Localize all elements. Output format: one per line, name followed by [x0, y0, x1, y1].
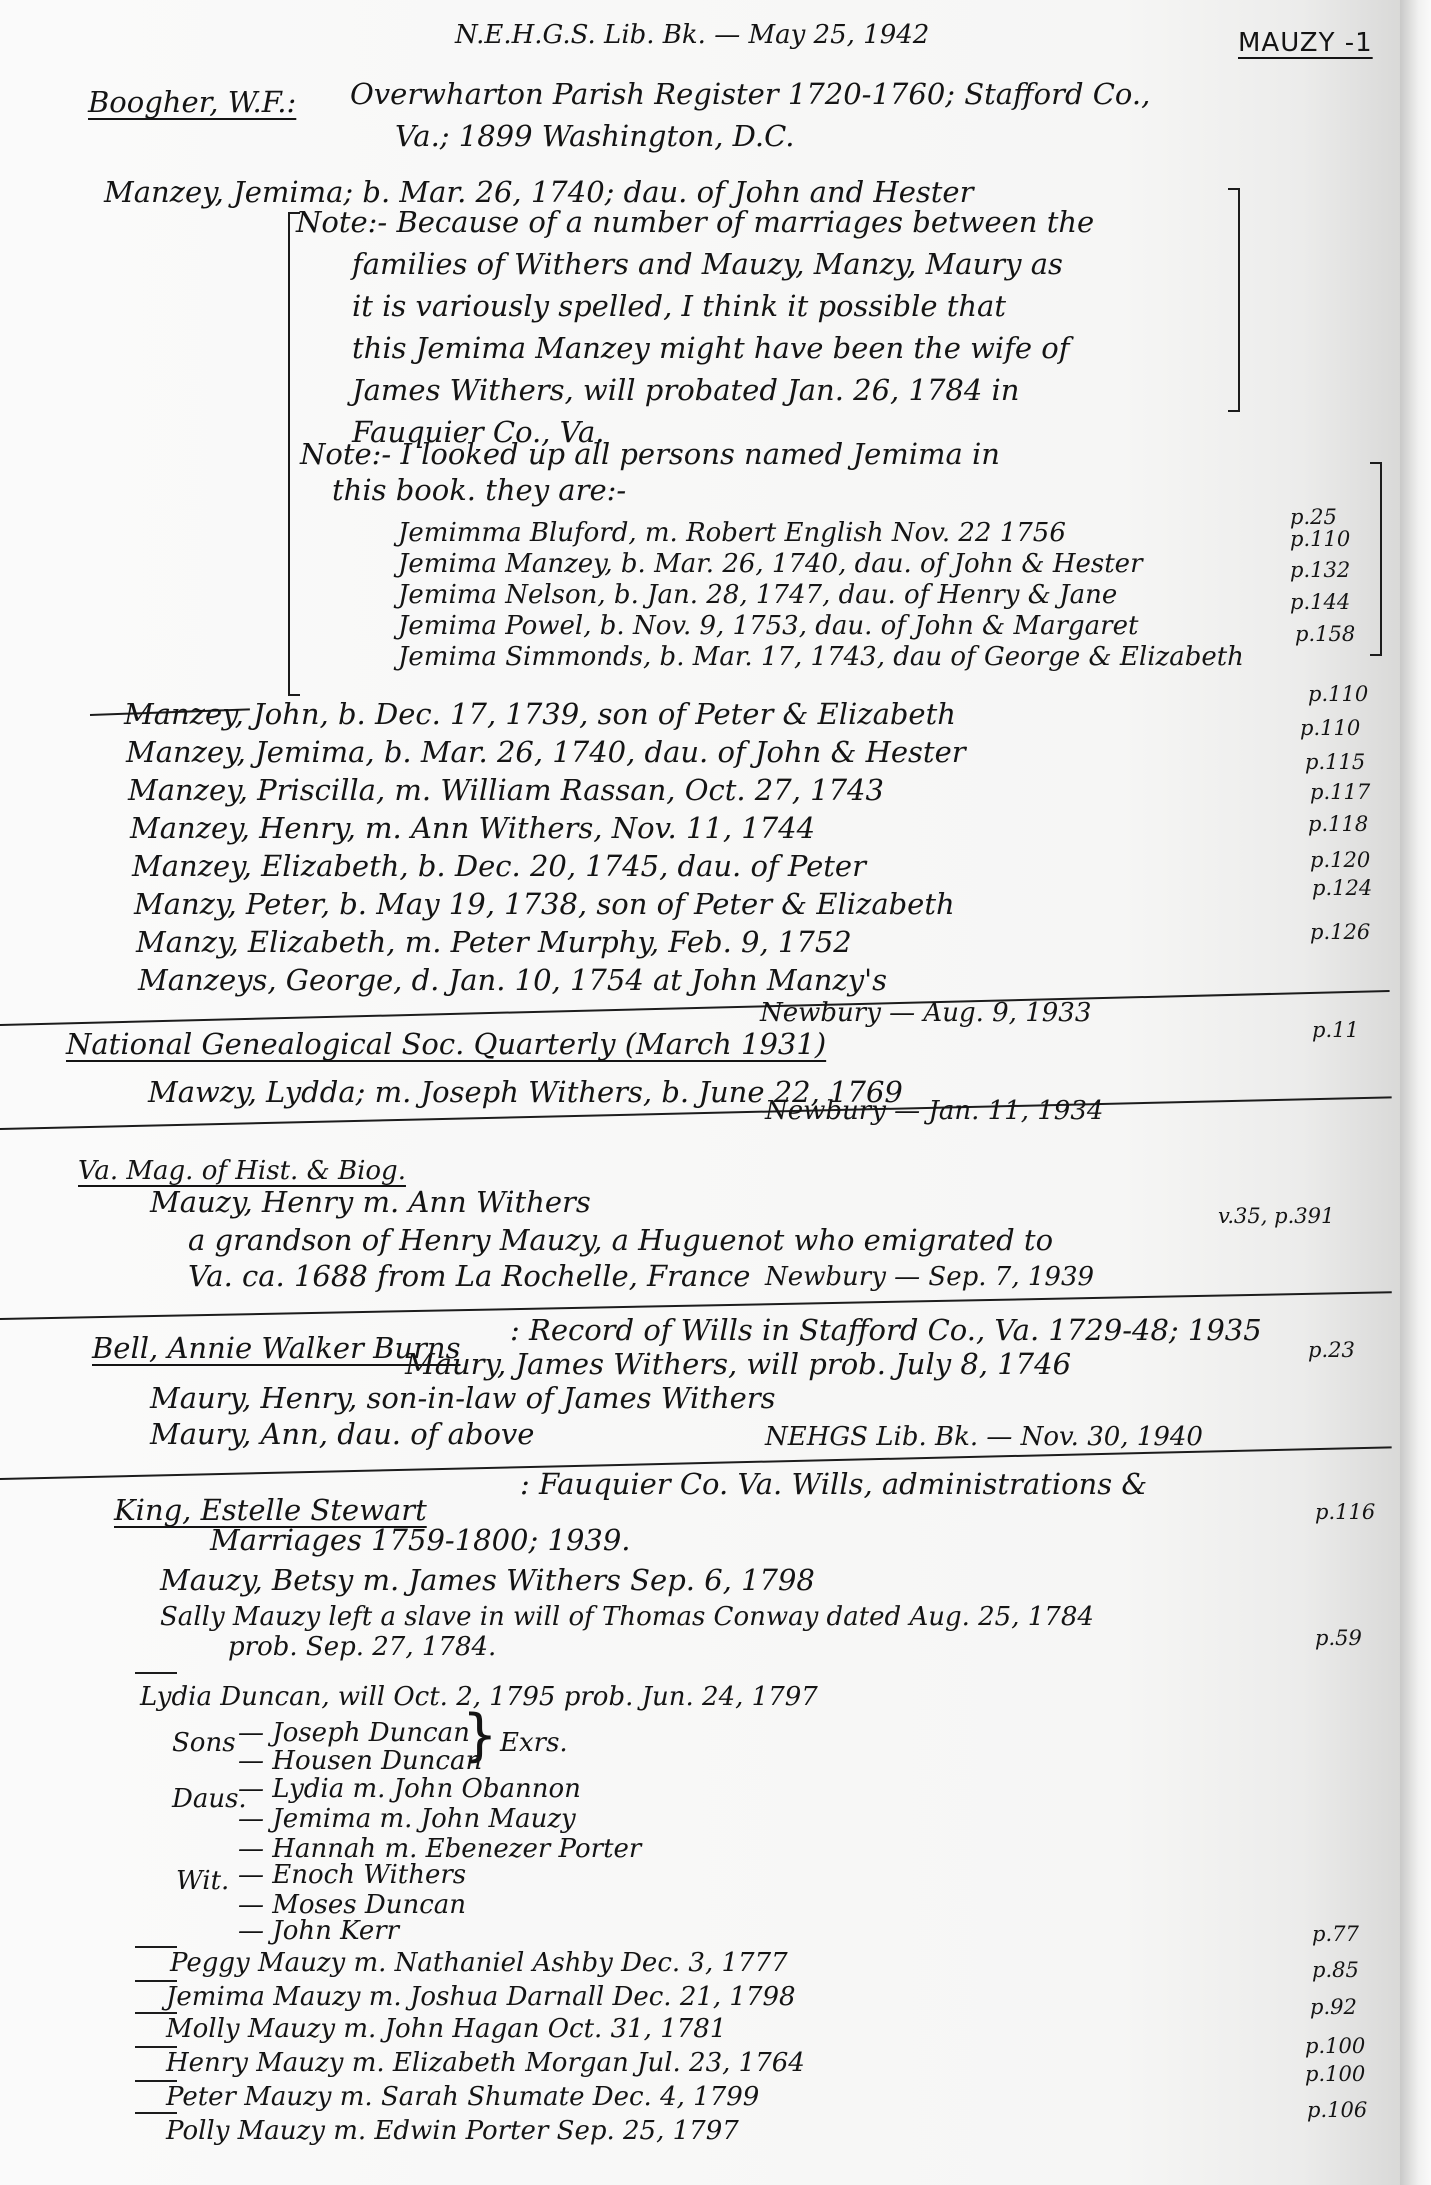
marriage-entry: Peggy Mauzy m. Nathaniel Ashby Dec. 3, 1…	[170, 1950, 788, 1976]
jemima-entry: Jemima Simmonds, b. Mar. 17, 1743, dau o…	[398, 644, 1244, 670]
page-ref: p.92	[1310, 1995, 1357, 2019]
main-entry: Manzey, Jemima; b. Mar. 26, 1740; dau. o…	[104, 178, 973, 207]
entry-marker	[135, 2112, 177, 2114]
witness-name: — Enoch Withers	[238, 1862, 466, 1888]
note1-line: families of Withers and Mauzy, Manzy, Ma…	[352, 250, 1063, 279]
note1-line: James Withers, will probated Jan. 26, 17…	[352, 376, 1019, 405]
section-stamp: Newbury — Sep. 7, 1939	[765, 1264, 1094, 1290]
note1-line: this Jemima Manzey might have been the w…	[352, 334, 1070, 363]
page-ref: p.100	[1305, 2062, 1365, 2086]
page-ref: p.118	[1308, 812, 1368, 836]
section-stamp: NEHGS Lib. Bk. — Nov. 30, 1940	[765, 1424, 1203, 1450]
page-ref: p.11	[1312, 1018, 1359, 1042]
page-ref: p.110	[1300, 716, 1360, 740]
dau-name-text: Jemima m. John Mauzy	[272, 1804, 575, 1834]
wit-label: Wit.	[176, 1868, 229, 1894]
entry: Manzey, Priscilla, m. William Rassan, Oc…	[128, 776, 884, 805]
page-ref: p.85	[1312, 1958, 1359, 1982]
section-author: Boogher, W.F.:	[88, 88, 296, 117]
dau-name: — Jemima m. John Mauzy	[238, 1806, 576, 1832]
page-ref: p.59	[1315, 1626, 1362, 1650]
note-bracket-left	[288, 212, 300, 696]
entry: a grandson of Henry Mauzy, a Huguenot wh…	[188, 1226, 1053, 1255]
page-ref: v.35, p.391	[1218, 1204, 1334, 1228]
section-title: Overwharton Parish Register 1720-1760; S…	[350, 80, 1150, 109]
entry: Sally Mauzy left a slave in will of Thom…	[160, 1604, 1094, 1630]
note2-line: this book. they are:-	[332, 476, 626, 505]
document-page: N.E.H.G.S. Lib. Bk. — May 25, 1942 MAUZY…	[0, 0, 1400, 2185]
entry: Mauzy, Betsy m. James Withers Sep. 6, 17…	[160, 1566, 815, 1595]
marriage-entry: Peter Mauzy m. Sarah Shumate Dec. 4, 179…	[166, 2084, 759, 2110]
daus-label: Daus.	[172, 1786, 247, 1812]
section-title: : Record of Wills in Stafford Co., Va. 1…	[510, 1316, 1262, 1345]
witness-name-text: John Kerr	[272, 1916, 399, 1946]
sons-label: Sons	[172, 1730, 236, 1756]
dau-name: — Lydia m. John Obannon	[238, 1776, 581, 1802]
entry: Maury, Ann, dau. of above	[150, 1420, 534, 1449]
note1-line: it is variously spelled, I think it poss…	[352, 292, 1006, 321]
executors-label: Exrs.	[500, 1730, 568, 1756]
entry: prob. Sep. 27, 1784.	[228, 1634, 496, 1660]
note2-line: Note:- I looked up all persons named Jem…	[300, 440, 1000, 469]
jemima-entry: Jemima Manzey, b. Mar. 26, 1740, dau. of…	[398, 551, 1143, 577]
page-ref: p.115	[1305, 750, 1365, 774]
section-title: National Genealogical Soc. Quarterly (Ma…	[66, 1030, 826, 1059]
entry: Manzey, Henry, m. Ann Withers, Nov. 11, …	[130, 814, 815, 843]
section-author: King, Estelle Stewart	[114, 1496, 427, 1525]
page-ref: p.25	[1290, 505, 1337, 529]
entry: Manzy, Peter, b. May 19, 1738, son of Pe…	[134, 890, 955, 919]
executors-brace: }	[462, 1708, 498, 1764]
dau-name: — Hannah m. Ebenezer Porter	[238, 1836, 641, 1862]
section-title-cont: Marriages 1759-1800; 1939.	[210, 1526, 631, 1555]
note2-bracket-right	[1370, 462, 1382, 656]
note1-line: Note:- Because of a number of marriages …	[296, 208, 1094, 237]
section-title: Va. Mag. of Hist. & Biog.	[78, 1158, 406, 1184]
son-name-text: Joseph Duncan	[272, 1718, 470, 1748]
note1-bracket-right	[1228, 188, 1240, 412]
page-edge-shadow	[1400, 0, 1431, 2185]
entry: Manzy, Elizabeth, m. Peter Murphy, Feb. …	[136, 928, 852, 957]
jemima-entry: Jemima Powel, b. Nov. 9, 1753, dau. of J…	[398, 613, 1138, 639]
entry: Va. ca. 1688 from La Rochelle, France	[188, 1262, 750, 1291]
page-ref: p.132	[1290, 558, 1350, 582]
page-ref: p.106	[1307, 2098, 1367, 2122]
entry: Manzey, John, b. Dec. 17, 1739, son of P…	[124, 700, 956, 729]
page-ref: p.117	[1310, 780, 1370, 804]
jemima-entry: Jemimma Bluford, m. Robert English Nov. …	[398, 520, 1066, 546]
page-ref: p.124	[1312, 876, 1372, 900]
page-ref: p.158	[1295, 622, 1355, 646]
entry: Manzey, Jemima, b. Mar. 26, 1740, dau. o…	[126, 738, 966, 767]
section-title-cont: Va.; 1899 Washington, D.C.	[395, 122, 795, 151]
witness-name-text: Enoch Withers	[272, 1860, 466, 1890]
section-stamp: Newbury — Aug. 9, 1933	[760, 1000, 1091, 1026]
marriage-entry: Polly Mauzy m. Edwin Porter Sep. 25, 179…	[166, 2118, 739, 2144]
entry-marker	[135, 1672, 177, 1674]
page-ref: p.126	[1310, 920, 1370, 944]
dau-name-text: Lydia m. John Obannon	[272, 1774, 581, 1804]
entry: Maury, Henry, son-in-law of James Wither…	[150, 1384, 776, 1413]
section-title: : Fauquier Co. Va. Wills, administration…	[520, 1470, 1147, 1499]
section-stamp: Newbury — Jan. 11, 1934	[765, 1098, 1103, 1124]
page-ref: p.77	[1312, 1922, 1359, 1946]
marriage-entry: Jemima Mauzy m. Joshua Darnall Dec. 21, …	[166, 1984, 796, 2010]
witness-name: — John Kerr	[238, 1918, 399, 1944]
marriage-entry: Molly Mauzy m. John Hagan Oct. 31, 1781	[166, 2016, 726, 2042]
entry: Maury, James Withers, will prob. July 8,…	[405, 1350, 1071, 1379]
page-ref: p.120	[1310, 848, 1370, 872]
son-name-text: Housen Duncan	[272, 1746, 482, 1776]
surname-tag: MAUZY -1	[1238, 30, 1373, 56]
source-stamp: N.E.H.G.S. Lib. Bk. — May 25, 1942	[455, 22, 929, 48]
entry: Manzey, Elizabeth, b. Dec. 20, 1745, dau…	[132, 852, 866, 881]
entry: Manzeys, George, d. Jan. 10, 1754 at Joh…	[138, 966, 887, 995]
page-ref: p.110	[1290, 527, 1350, 551]
page-ref: p.110	[1308, 682, 1368, 706]
page-ref: p.116	[1315, 1500, 1375, 1524]
marriage-entry: Henry Mauzy m. Elizabeth Morgan Jul. 23,…	[166, 2050, 805, 2076]
page-ref: p.100	[1305, 2034, 1365, 2058]
witness-name: — Moses Duncan	[238, 1892, 466, 1918]
jemima-entry: Jemima Nelson, b. Jan. 28, 1747, dau. of…	[398, 582, 1117, 608]
page-ref: p.23	[1308, 1338, 1355, 1362]
page-ref: p.144	[1290, 590, 1350, 614]
son-name: — Joseph Duncan	[238, 1720, 470, 1746]
entry: Mauzy, Henry m. Ann Withers	[150, 1188, 591, 1217]
son-name: — Housen Duncan	[238, 1748, 482, 1774]
